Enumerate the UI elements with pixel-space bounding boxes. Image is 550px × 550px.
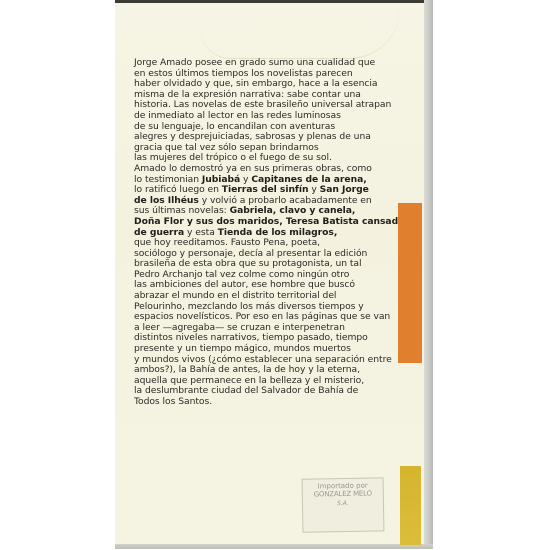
blurb-text-segment: y [308, 184, 319, 195]
stamp-line-2: GONZALEZ MELO [303, 489, 383, 498]
blurb-text-segment: las ambiciones del autor, ese hombre que… [134, 279, 355, 290]
blurb-text-segment: Pelourinho, mezclando los más diversos t… [134, 301, 364, 312]
blurb-text-segment: que hoy reeditamos. Fausto Pena, poeta, [134, 237, 320, 248]
blurb-text-segment: y volvió a probarlo acabadamente en [199, 195, 372, 206]
blurb-text-segment: lo ratificó luego en [134, 184, 222, 195]
blurb-text-segment: sus últimas novelas: [134, 205, 230, 216]
blurb-text-segment: de inmediato al lector en las redes lumi… [134, 110, 341, 121]
blurb-text-segment: Amado lo demostró ya en sus primeras obr… [134, 163, 372, 174]
blurb-text-segment: aquella que permanece en la belleza y el… [134, 375, 364, 386]
book-title-text: Jubiabá [202, 174, 240, 185]
blurb-text-segment: y esta [184, 227, 217, 238]
book-title-text: San Jorge [320, 184, 369, 195]
paper-stain [200, 8, 400, 59]
blurb-text-segment: la deslumbrante ciudad del Salvador de B… [134, 385, 358, 396]
blurb-text-segment: espacios novelísticos. Por eso en las pá… [134, 311, 390, 322]
blurb-text-segment: ambos?), la Bahía de antes, la de hoy y … [134, 364, 360, 375]
blurb-text-segment: sociólogo y personaje, decía al presenta… [134, 248, 367, 259]
blurb-line: Todos los Santos. [134, 397, 424, 408]
blurb-text-segment: y mundos vivos (¿cómo establecer una sep… [134, 354, 392, 365]
blurb-text-segment: haber olvidado y que, sin embargo, hace … [134, 78, 377, 89]
blurb-text-segment: Pedro Archanjo tal vez colme como ningún… [134, 269, 349, 280]
book-title-text: de los Ilhéus [134, 195, 199, 206]
blurb-text: Jorge Amado posee en grado sumo una cual… [134, 58, 424, 408]
blurb-text-segment: Todos los Santos. [134, 396, 212, 407]
blurb-text-segment: Jorge Amado posee en grado sumo una cual… [134, 57, 375, 68]
book-title-text: Capitanes de la arena, [251, 174, 366, 185]
blurb-text-segment: alegres y desprejuiciadas, sabrosas y pl… [134, 131, 371, 142]
blurb-text-segment: historia. Las novelas de este brasileño … [134, 99, 391, 110]
cover-bottom-edge [115, 544, 433, 549]
importer-stamp: Importado por GONZALEZ MELO S.A. [302, 477, 385, 532]
blurb-text-segment: lo testimonian [134, 174, 202, 185]
cover-top-edge [115, 0, 433, 3]
book-title-text: Gabriela, clavo y canela, [230, 205, 356, 216]
blurb-text-segment: y [240, 174, 251, 185]
blurb-text-segment: presente y un tiempo mágico, mundos muer… [134, 343, 351, 354]
blurb-text-segment: misma de la expresión narrativa: sabe co… [134, 89, 361, 100]
yellow-color-stripe [400, 466, 421, 545]
cover-spine-edge [424, 0, 433, 549]
book-title-text: de guerra [134, 227, 184, 238]
blurb-text-segment: en estos últimos tiempos los novelistas … [134, 68, 353, 79]
book-title-text: Doña Flor y sus dos maridos, Teresa Bati… [134, 216, 404, 227]
blurb-text-segment: abrazar el mundo en el distrito territor… [134, 290, 336, 301]
orange-color-stripe [398, 203, 422, 363]
book-title-text: Tienda de los milagros, [218, 227, 338, 238]
stamp-line-3: S.A. [303, 499, 383, 507]
blurb-text-segment: las mujeres del trópico o el fuego de su… [134, 152, 332, 163]
blurb-text-segment: gracia que tal vez sólo sepan brindarnos [134, 142, 319, 153]
blurb-text-segment: distintos niveles narrativos, tiempo pas… [134, 332, 368, 343]
blurb-text-segment: a leer —agregaba— se cruzan e interpenet… [134, 322, 345, 333]
blurb-text-segment: brasileña de esta obra que su protagonis… [134, 258, 362, 269]
blurb-text-segment: de su lenguaje, lo encandilan con aventu… [134, 121, 335, 132]
book-title-text: Tierras del sinfín [222, 184, 309, 195]
